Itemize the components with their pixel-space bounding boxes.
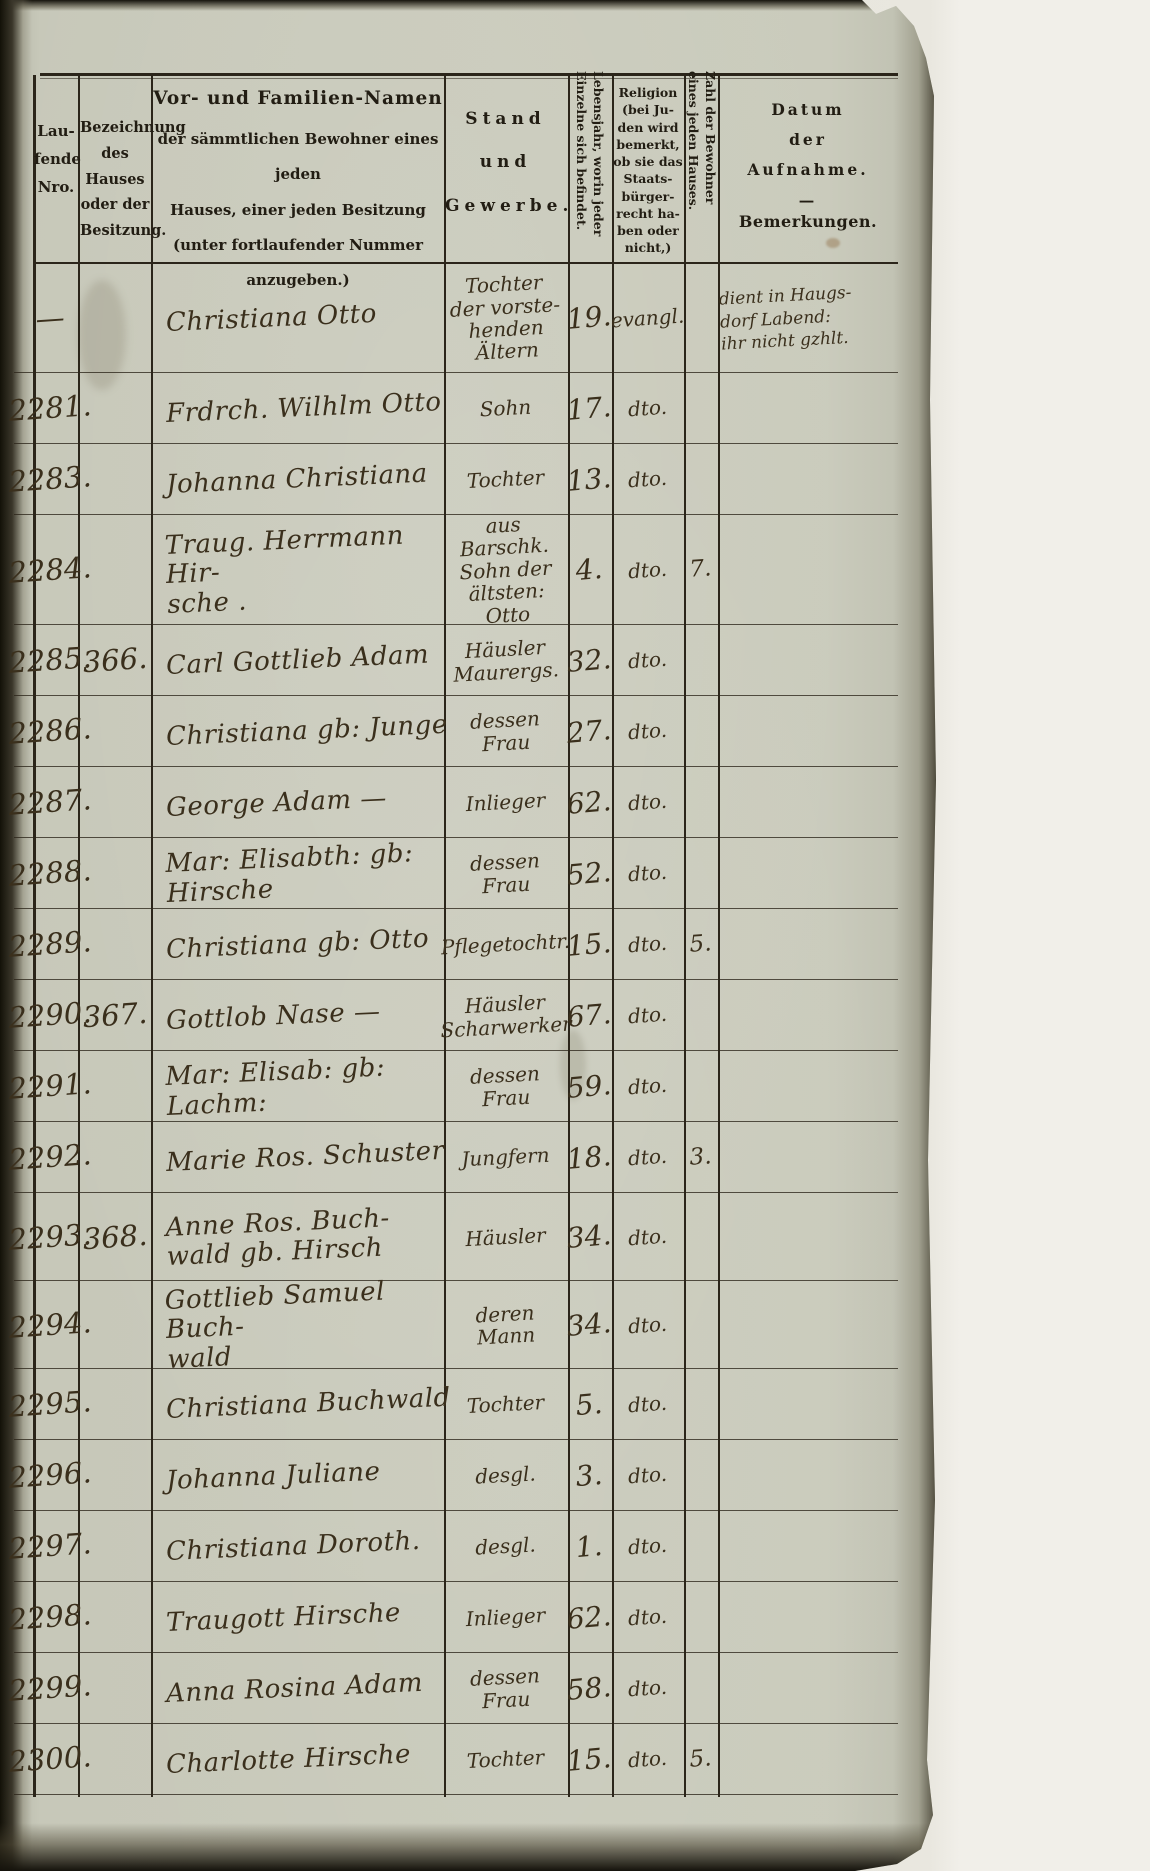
cell-zahl (682, 372, 720, 445)
cell-stand: Pflegetochtr. (443, 906, 568, 983)
table-row: 2289. Christiana gb: Otto Pflegetochtr. … (0, 909, 940, 980)
cell-religion: dto. (608, 513, 687, 628)
table-row: 2300. Charlotte Hirsche Tochter 15. dto.… (0, 1724, 940, 1795)
cell-stand: Häusler (443, 1190, 568, 1284)
cell-name: George Adam — (155, 761, 454, 845)
cell-zahl (682, 1050, 720, 1123)
cell-zahl (682, 837, 720, 910)
header-laufende-nro: Lau- fende Nro. (34, 118, 78, 201)
cell-name: Christiana gb: Otto (155, 903, 454, 987)
cell-name: Johanna Juliane (155, 1434, 454, 1518)
cell-name: Carl Gottlieb Adam (155, 619, 454, 703)
cell-lebensjahr: 5. (564, 1367, 614, 1442)
cell-zahl: 5. (682, 1723, 720, 1796)
cell-name: Christiana Otto (154, 257, 455, 380)
cell-stand: Jungfern (443, 1119, 568, 1196)
header-datum: Datum der Aufnahme. — (720, 95, 896, 216)
cell-haus-nr (78, 371, 153, 447)
cell-religion: dto. (610, 1438, 686, 1514)
paper-stain (826, 238, 840, 248)
cell-name: Gottlob Nase — (155, 974, 454, 1058)
cell-zahl (682, 1652, 720, 1725)
table-row: — Christiana Otto Tochter der vorste- he… (0, 263, 940, 373)
table-row: 2283. Johanna Christiana Tochter 13. dto… (0, 444, 940, 515)
cell-religion: dto. (610, 694, 686, 770)
cell-lebensjahr: 13. (564, 442, 614, 517)
cell-bemerkung (718, 1577, 897, 1657)
cell-stand: desgl. (443, 1437, 568, 1514)
cell-stand: Inlieger (443, 764, 568, 841)
cell-laufende-nro: 2293. (17, 1191, 83, 1283)
header-stand-gewerbe: Stand und Gewerbe. (445, 98, 566, 228)
cell-bemerkung (718, 833, 897, 913)
table-row: 2291. Mar: Elisab: gb: Lachm: dessen Fra… (0, 1051, 940, 1122)
cell-laufende-nro: 2291. (18, 1049, 83, 1124)
header-bemerkungen: Bemerkungen. (720, 212, 896, 231)
cell-religion: dto. (609, 1279, 686, 1372)
cell-bemerkung (718, 1648, 897, 1728)
cell-zahl: 5. (682, 908, 720, 981)
cell-zahl (682, 695, 720, 768)
cell-haus-nr (76, 261, 154, 376)
cell-bemerkung (718, 1117, 897, 1197)
cell-name: Traugott Hirsche (155, 1576, 454, 1660)
cell-lebensjahr: 15. (564, 907, 614, 982)
header-religion: Religion (bei Ju- den wird bemerkt, ob s… (613, 84, 683, 257)
cell-zahl (682, 443, 720, 516)
cell-lebensjahr: 34. (563, 1279, 615, 1371)
cell-religion: dto. (610, 1049, 686, 1125)
cell-haus-nr (78, 1509, 153, 1585)
table-row: 2298. Traugott Hirsche Inlieger 62. dto. (0, 1582, 940, 1653)
cell-laufende-nro: 2285. (18, 623, 83, 698)
table-row: 2295. Christiana Buchwald Tochter 5. dto… (0, 1369, 940, 1440)
cell-lebensjahr: 17. (564, 371, 614, 446)
cell-laufende-nro: 2283. (18, 442, 83, 517)
cell-stand: Sohn (443, 370, 568, 447)
cell-lebensjahr: 15. (564, 1722, 614, 1797)
cell-haus-nr (78, 1438, 153, 1514)
cell-laufende-nro: 2297. (18, 1509, 83, 1584)
cell-haus-nr (78, 1651, 153, 1727)
table-row: 2293. 368. Anne Ros. Buch- wald gb. Hirs… (0, 1193, 940, 1281)
cell-name: Traug. Herrmann Hir- sche . (154, 509, 455, 632)
cell-name: Christiana Buchwald (155, 1363, 454, 1447)
cell-zahl (681, 1192, 720, 1282)
cell-stand: dessen Frau (443, 693, 568, 770)
cell-zahl (682, 1581, 720, 1654)
cell-lebensjahr: 62. (564, 765, 614, 840)
cell-name: Anne Ros. Buch- wald gb. Hirsch (154, 1187, 454, 1288)
cell-laufende-nro: 2292. (18, 1120, 83, 1195)
cell-religion: dto. (610, 371, 686, 447)
cell-name: Charlotte Hirsche (155, 1718, 454, 1802)
cell-religion: dto. (610, 442, 686, 518)
cell-laufende-nro: — (16, 261, 84, 375)
cell-stand: aus Barschk. Sohn der ältsten: Otto (442, 512, 569, 628)
cell-zahl (682, 1368, 720, 1441)
cell-laufende-nro: 2290. (18, 978, 83, 1053)
cell-name: Johanna Christiana (155, 438, 454, 522)
cell-haus-nr (78, 1722, 153, 1798)
cell-haus-nr: 366. (78, 623, 153, 699)
cell-haus-nr (78, 1120, 153, 1196)
cell-lebensjahr: 4. (562, 513, 615, 626)
cell-religion: dto. (610, 765, 686, 841)
table-row: 2299. Anna Rosina Adam dessen Frau 58. d… (0, 1653, 940, 1724)
cell-bemerkung (718, 439, 897, 519)
cell-lebensjahr: 62. (564, 1580, 614, 1655)
cell-haus-nr (78, 1049, 153, 1125)
cell-lebensjahr: 18. (564, 1120, 614, 1195)
cell-religion: dto. (610, 1722, 686, 1798)
cell-name: Mar: Elisabth: gb: Hirsche (155, 832, 454, 916)
cell-lebensjahr: 1. (564, 1509, 614, 1584)
cell-zahl (682, 624, 720, 697)
cell-religion: dto. (610, 1509, 686, 1585)
cell-stand: dessen Frau (443, 1048, 568, 1125)
cell-laufende-nro: 2299. (18, 1651, 83, 1726)
cell-zahl (682, 1439, 720, 1512)
cell-laufende-nro: 2289. (18, 907, 83, 982)
table-row: 2294. Gottlieb Samuel Buch- wald deren M… (0, 1281, 940, 1369)
cell-zahl (680, 262, 721, 374)
cell-zahl (682, 979, 720, 1052)
cell-haus-nr (78, 1580, 153, 1656)
cell-zahl (682, 766, 720, 839)
cell-zahl (682, 1510, 720, 1583)
cell-religion: dto. (610, 978, 686, 1054)
cell-laufende-nro: 2286. (18, 694, 83, 769)
cell-bemerkung (718, 1046, 897, 1126)
cell-bemerkung (718, 762, 897, 842)
cell-haus-nr (78, 836, 153, 912)
cell-stand: Tochter der vorste- henden Ältern (442, 260, 569, 376)
table-row: 2290. 367. Gottlob Nase — Häusler Scharw… (0, 980, 940, 1051)
cell-laufende-nro: 2296. (18, 1438, 83, 1513)
table-row: 2284. Traug. Herrmann Hir- sche . aus Ba… (0, 515, 940, 625)
cell-stand: Häusler Scharwerker (443, 977, 568, 1054)
cell-lebensjahr: 34. (563, 1191, 615, 1283)
cell-stand: Tochter (443, 1366, 568, 1443)
cell-laufende-nro: 2295. (18, 1367, 83, 1442)
cell-haus-nr (77, 1279, 153, 1372)
cell-name: Frdrch. Wilhlm Otto (155, 367, 454, 451)
register-page: Lau- fende Nro. Bezeichnung des Hauses o… (0, 0, 940, 1871)
cell-lebensjahr: 52. (564, 836, 614, 911)
header-namen-title: Vor- und Familien-Namen (153, 88, 443, 109)
cell-lebensjahr: 27. (564, 694, 614, 769)
cell-name: Marie Ros. Schuster (155, 1116, 454, 1200)
cell-zahl: 7. (680, 514, 721, 626)
page-bottom-edge (0, 1823, 940, 1871)
cell-religion: dto. (610, 1120, 686, 1196)
cell-lebensjahr: 67. (564, 978, 614, 1053)
cell-stand: Tochter (443, 441, 568, 518)
cell-bemerkung: dient in Haugs- dorf Labend: ihr nicht g… (717, 258, 899, 377)
cell-stand: Tochter (443, 1721, 568, 1798)
cell-bemerkung (718, 691, 897, 771)
cell-bemerkung (718, 1506, 897, 1586)
scanned-document: Lau- fende Nro. Bezeichnung des Hauses o… (0, 0, 1150, 1871)
cell-bemerkung (718, 620, 897, 700)
table-row: 2292. Marie Ros. Schuster Jungfern 18. d… (0, 1122, 940, 1193)
table-row: 2287. George Adam — Inlieger 62. dto. (0, 767, 940, 838)
cell-bemerkung (718, 1364, 897, 1444)
cell-bemerkung (718, 904, 897, 984)
header-bezeichnung: Bezeichnung des Hauses oder der Besitzun… (80, 115, 150, 244)
cell-religion: dto. (609, 1191, 686, 1284)
table-row: 2286. Christiana gb: Junge dessen Frau 2… (0, 696, 940, 767)
cell-name: Gottlieb Samuel Buch- wald (154, 1275, 454, 1376)
cell-laufende-nro: 2284. (16, 513, 84, 627)
cell-lebensjahr: 32. (564, 623, 614, 698)
page-top-edge (0, 0, 872, 11)
cell-haus-nr (76, 513, 154, 628)
cell-bemerkung (718, 1188, 898, 1285)
cell-laufende-nro: 2287. (18, 765, 83, 840)
cell-lebensjahr: 19. (562, 261, 615, 374)
cell-stand: dessen Frau (443, 835, 568, 912)
cell-bemerkung (718, 1276, 898, 1373)
cell-haus-nr (78, 1367, 153, 1443)
table-row: 2288. Mar: Elisabth: gb: Hirsche dessen … (0, 838, 940, 909)
row-separator (14, 1794, 898, 1795)
cell-stand: Inlieger (443, 1579, 568, 1656)
cell-haus-nr (78, 694, 153, 770)
cell-haus-nr (78, 907, 153, 983)
cell-religion: evangl. (608, 261, 687, 376)
table-row: 2281. Frdrch. Wilhlm Otto Sohn 17. dto. (0, 373, 940, 444)
cell-religion: dto. (610, 1367, 686, 1443)
cell-stand: desgl. (443, 1508, 568, 1585)
cell-laufende-nro: 2300. (18, 1722, 83, 1797)
cell-stand: deren Mann (443, 1278, 568, 1372)
cell-laufende-nro: 2288. (18, 836, 83, 911)
cell-name: Christiana Doroth. (155, 1505, 454, 1589)
cell-bemerkung (718, 1719, 897, 1799)
cell-zahl: 3. (682, 1121, 720, 1194)
cell-religion: dto. (610, 623, 686, 699)
cell-zahl (681, 1280, 720, 1370)
table-row: 2285. 366. Carl Gottlieb Adam Häusler Ma… (0, 625, 940, 696)
cell-laufende-nro: 2281. (18, 371, 83, 446)
cell-haus-nr: 367. (78, 978, 153, 1054)
cell-lebensjahr: 59. (564, 1049, 614, 1124)
cell-name: Anna Rosina Adam (155, 1647, 454, 1731)
cell-name: Christiana gb: Junge (155, 690, 454, 774)
cell-bemerkung (717, 510, 899, 629)
cell-haus-nr (78, 765, 153, 841)
cell-lebensjahr: 3. (564, 1438, 614, 1513)
cell-religion: dto. (610, 907, 686, 983)
cell-laufende-nro: 2294. (17, 1279, 83, 1371)
cell-religion: dto. (610, 1580, 686, 1656)
cell-bemerkung (718, 368, 897, 448)
cell-religion: dto. (610, 836, 686, 912)
cell-bemerkung (718, 1435, 897, 1515)
cell-name: Mar: Elisab: gb: Lachm: (155, 1045, 454, 1129)
cell-haus-nr (78, 442, 153, 518)
table-row: 2296. Johanna Juliane desgl. 3. dto. (0, 1440, 940, 1511)
cell-haus-nr: 368. (77, 1191, 153, 1284)
cell-stand: Häusler Maurergs. (443, 622, 568, 699)
cell-bemerkung (718, 975, 897, 1055)
cell-lebensjahr: 58. (564, 1651, 614, 1726)
cell-laufende-nro: 2298. (18, 1580, 83, 1655)
table-row: 2297. Christiana Doroth. desgl. 1. dto. (0, 1511, 940, 1582)
cell-stand: dessen Frau (443, 1650, 568, 1727)
cell-religion: dto. (610, 1651, 686, 1727)
